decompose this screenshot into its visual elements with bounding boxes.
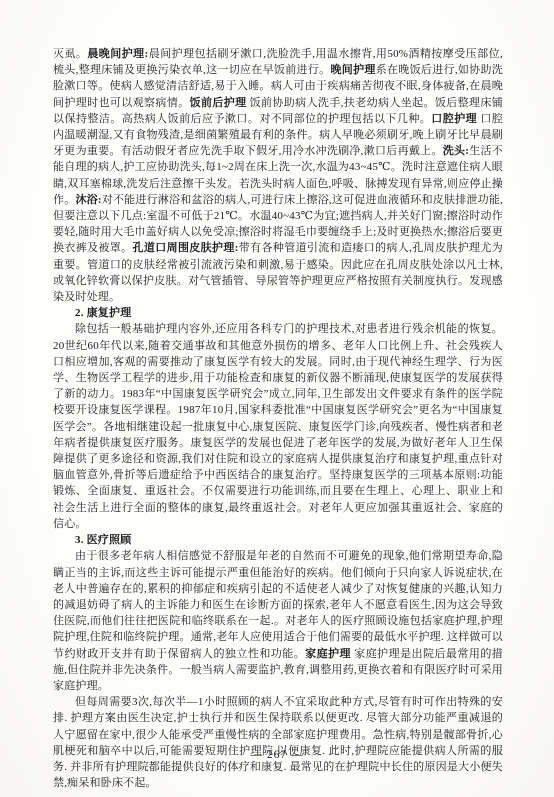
- paragraph-daily-care: 灭虱。晨晚间护理:晨间护理包括刷牙漱口,洗脸洗手,用温水擦背,用50%酒精按摩受…: [53, 46, 503, 305]
- section-heading-rehabilitation-care: 2. 康复护理: [53, 305, 503, 321]
- paragraph-rehabilitation-care: 除包括一般基础护理内容外,还应用各科专门的护理技术,对患者进行残余机能的恢复。2…: [53, 321, 503, 532]
- run-in-heading: 晚间护理: [330, 64, 375, 76]
- body-text: 但每周需要3次,每次半—1小时照顾的病人不宜采取此种方式,尽管有时可作出特殊的安…: [53, 696, 503, 789]
- run-in-heading: 饭前后护理: [190, 97, 250, 109]
- run-in-heading: 家庭护理: [305, 648, 354, 660]
- page-number: — 267 —: [0, 749, 554, 761]
- body-text: 除包括一般基础护理内容外,还应用各科专门的护理技术,对患者进行残余机能的恢复。2…: [53, 323, 503, 529]
- page-text-column: 灭虱。晨晚间护理:晨间护理包括刷牙漱口,洗脸洗手,用温水擦背,用50%酒精按摩受…: [53, 46, 503, 791]
- run-in-heading: 孔道口周围皮肤护理:: [133, 242, 239, 254]
- paragraph-medical-care: 由于很多老年病人相信感觉不舒服是年老的自然而不可避免的现象,他们常期望寿命,隐瞒…: [53, 548, 503, 694]
- scanned-book-page: 灭虱。晨晚间护理:晨间护理包括刷牙漱口,洗脸洗手,用温水擦背,用50%酒精按摩受…: [0, 0, 554, 797]
- run-in-heading: 洗头:: [443, 145, 469, 157]
- section-heading-medical-care: 3. 医疗照顾: [53, 532, 503, 548]
- run-in-heading: 晨晚间护理:: [87, 48, 148, 60]
- paragraph-nursing-home: 但每周需要3次,每次半—1小时照顾的病人不宜采取此种方式,尽管有时可作出特殊的安…: [53, 694, 503, 791]
- run-in-heading: 口腔护理: [431, 113, 480, 125]
- body-text: 灭虱。: [53, 48, 87, 60]
- run-in-heading: 沐浴:: [75, 194, 101, 206]
- body-text: 由于很多老年病人相信感觉不舒服是年老的自然而不可避免的现象,他们常期望寿命,隐瞒…: [53, 550, 503, 659]
